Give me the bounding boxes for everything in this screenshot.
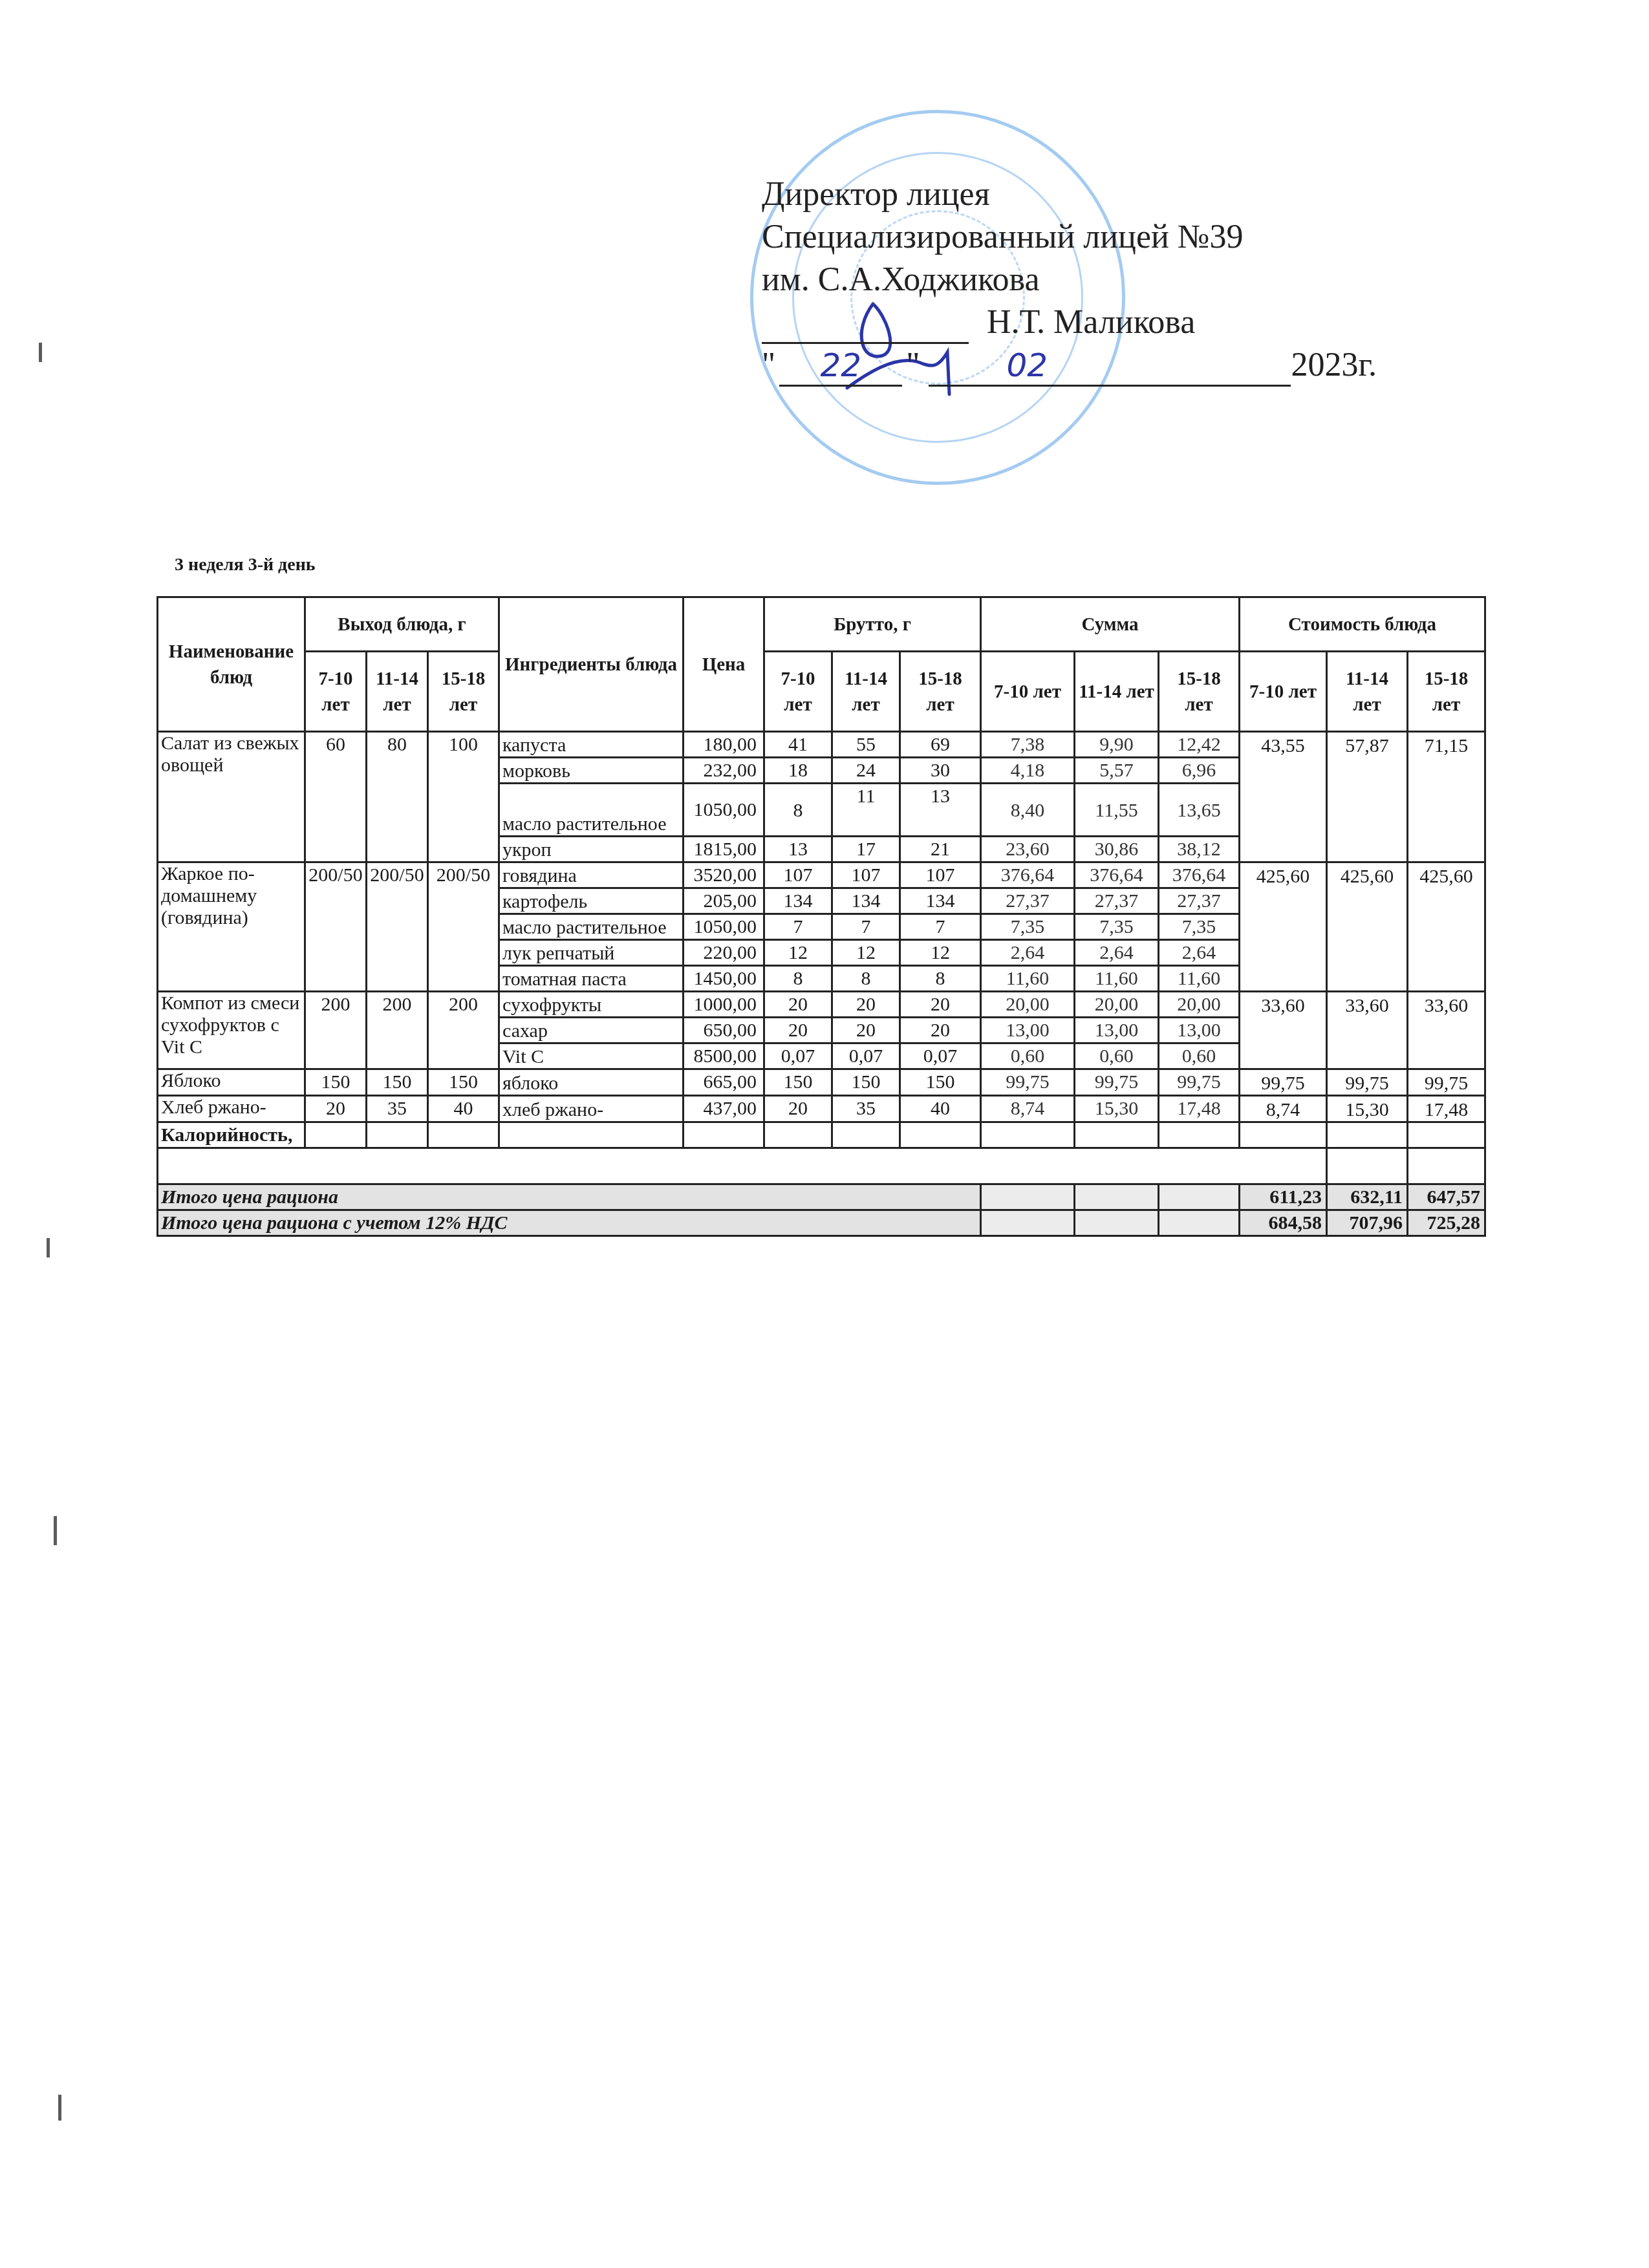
header-age-group: 15-18 лет [428, 652, 499, 732]
ingredient-sum: 8,40 [981, 784, 1075, 837]
header-age-group: 11-14 лет [367, 652, 428, 732]
ingredient-gross: 7 [900, 914, 981, 940]
ingredient-name: картофель [499, 888, 684, 914]
ingredient-gross: 55 [832, 732, 900, 758]
date-day: 22 [779, 346, 902, 387]
menu-table: Наименование блюд Выход блюда, г Ингреди… [156, 596, 1486, 1237]
ingredient-sum: 38,12 [1159, 837, 1240, 862]
ingredient-name: морковь [499, 758, 684, 784]
calories-label: Калорийность, [158, 1122, 305, 1148]
ingredient-gross: 21 [900, 837, 981, 862]
dish-yield: 100 [428, 732, 499, 862]
ingredient-name: говядина [499, 862, 684, 888]
dish-yield: 150 [367, 1069, 428, 1096]
ingredient-price: 220,00 [684, 940, 764, 966]
dish-yield: 150 [305, 1069, 367, 1096]
ingredient-sum: 12,42 [1159, 732, 1240, 758]
ingredient-sum: 2,64 [1075, 940, 1159, 966]
approval-date: " 22 " 02 2023г. [762, 344, 1396, 387]
ingredient-gross: 13 [900, 784, 981, 837]
ingredient-gross: 8 [764, 966, 832, 992]
ingredient-row: Хлеб ржано-203540хлеб ржано-437,00203540… [158, 1096, 1485, 1122]
header-yield: Выход блюда, г [305, 597, 499, 652]
header-age-group: 15-18 лет [1159, 652, 1240, 732]
header-age-group: 15-18 лет [900, 652, 981, 732]
ingredient-sum: 2,64 [981, 940, 1075, 966]
header-age-group: 7-10 лет [305, 652, 367, 732]
header-dish-cost: Стоимость блюда [1240, 597, 1485, 652]
dish-yield: 60 [305, 732, 367, 862]
dish-yield: 35 [367, 1096, 428, 1122]
menu-body: Салат из свежых овощей6080100капуста180,… [158, 732, 1485, 1122]
dish-cost: 71,15 [1408, 732, 1485, 862]
total-label: Итого цена рациона [158, 1184, 981, 1210]
spacer-row [158, 1148, 1485, 1184]
ingredient-price: 3520,00 [684, 862, 764, 888]
ingredient-sum: 8,74 [981, 1096, 1075, 1122]
ingredient-sum: 5,57 [1075, 758, 1159, 784]
ingredient-gross: 40 [900, 1096, 981, 1122]
ingredient-gross: 8 [900, 966, 981, 992]
total-row: Итого цена рациона 611,23 632,11 647,57 [158, 1184, 1485, 1210]
ingredient-name: укроп [499, 837, 684, 862]
ingredient-sum: 376,64 [1075, 862, 1159, 888]
ingredient-gross: 11 [832, 784, 900, 837]
ingredient-price: 180,00 [684, 732, 764, 758]
header-age-group: 7-10 лет [1240, 652, 1327, 732]
ingredient-gross: 107 [764, 862, 832, 888]
ingredient-gross: 35 [832, 1096, 900, 1122]
dish-yield: 40 [428, 1096, 499, 1122]
ingredient-gross: 20 [764, 1018, 832, 1043]
ingredient-sum: 7,38 [981, 732, 1075, 758]
ingredient-price: 205,00 [684, 888, 764, 914]
ingredient-name: Vit C [499, 1043, 684, 1069]
dish-cost: 33,60 [1240, 992, 1327, 1069]
ingredient-sum: 27,37 [1075, 888, 1159, 914]
dish-cost: 99,75 [1240, 1069, 1327, 1096]
dish-yield: 150 [428, 1069, 499, 1096]
ingredient-gross: 7 [832, 914, 900, 940]
signatory-name: Н.Т. Маликова [987, 304, 1195, 341]
ingredient-sum: 23,60 [981, 837, 1075, 862]
ingredient-sum: 99,75 [981, 1069, 1075, 1096]
scan-artifact [58, 2095, 61, 2121]
ingredient-sum: 13,65 [1159, 784, 1240, 837]
ingredient-gross: 17 [832, 837, 900, 862]
ingredient-price: 1450,00 [684, 966, 764, 992]
ingredient-price: 650,00 [684, 1018, 764, 1043]
header-age-group: 7-10 лет [764, 652, 832, 732]
ingredient-sum: 0,60 [1159, 1043, 1240, 1069]
approval-title: Директор лицея [762, 173, 1396, 216]
ingredient-sum: 99,75 [1075, 1069, 1159, 1096]
dish-name: Жаркое по-домашнему (говядина) [158, 862, 305, 992]
ingredient-gross: 107 [900, 862, 981, 888]
approval-block: Директор лицея Специализированный лицей … [762, 173, 1396, 387]
ingredient-name: томатная паста [499, 966, 684, 992]
dish-yield: 200/50 [305, 862, 367, 992]
scan-artifact [47, 1238, 50, 1257]
dish-yield: 20 [305, 1096, 367, 1122]
header-age-group: 11-14 лет [1075, 652, 1159, 732]
scan-artifact [39, 343, 42, 362]
ingredient-gross: 7 [764, 914, 832, 940]
ingredient-gross: 134 [764, 888, 832, 914]
approval-institution: Специализированный лицей №39 [762, 216, 1396, 259]
ingredient-gross: 0,07 [764, 1043, 832, 1069]
header-sum: Сумма [981, 597, 1240, 652]
header-ingredients: Ингредиенты блюда [499, 597, 684, 732]
date-month: 02 [929, 346, 1291, 387]
dish-yield: 80 [367, 732, 428, 862]
ingredient-gross: 30 [900, 758, 981, 784]
ingredient-name: лук репчатый [499, 940, 684, 966]
scan-artifact [54, 1516, 57, 1545]
ingredient-gross: 20 [832, 992, 900, 1018]
ingredient-name: масло растительное [499, 784, 684, 837]
dish-yield: 200 [305, 992, 367, 1069]
ingredient-name: сухофрукты [499, 992, 684, 1018]
ingredient-sum: 376,64 [1159, 862, 1240, 888]
total-vat-row: Итого цена рациона с учетом 12% НДС 684,… [158, 1210, 1485, 1236]
ingredient-price: 8500,00 [684, 1043, 764, 1069]
header-age-group: 7-10 лет [981, 652, 1075, 732]
dish-yield: 200 [367, 992, 428, 1069]
dish-cost: 99,75 [1408, 1069, 1485, 1096]
ingredient-row: Компот из смеси сухофруктов с Vit C20020… [158, 992, 1485, 1018]
ingredient-sum: 11,60 [1075, 966, 1159, 992]
ingredient-sum: 17,48 [1159, 1096, 1240, 1122]
menu-title: 3 неделя 3-й день [175, 555, 316, 575]
dish-yield: 200/50 [428, 862, 499, 992]
total-value: 647,57 [1408, 1184, 1485, 1210]
ingredient-sum: 11,60 [981, 966, 1075, 992]
ingredient-sum: 9,90 [1075, 732, 1159, 758]
dish-cost: 8,74 [1240, 1096, 1327, 1122]
ingredient-sum: 13,00 [1075, 1018, 1159, 1043]
ingredient-price: 1050,00 [684, 784, 764, 837]
ingredient-gross: 12 [900, 940, 981, 966]
ingredient-sum: 11,60 [1159, 966, 1240, 992]
ingredient-sum: 0,60 [981, 1043, 1075, 1069]
signature-line [762, 312, 969, 344]
ingredient-sum: 6,96 [1159, 758, 1240, 784]
dish-cost: 17,48 [1408, 1096, 1485, 1122]
ingredient-gross: 134 [832, 888, 900, 914]
header-age-group: 15-18 лет [1408, 652, 1485, 732]
ingredient-gross: 69 [900, 732, 981, 758]
ingredient-name: яблоко [499, 1069, 684, 1096]
ingredient-gross: 12 [764, 940, 832, 966]
ingredient-price: 1815,00 [684, 837, 764, 862]
dish-cost: 425,60 [1327, 862, 1408, 992]
calories-row: Калорийность, [158, 1122, 1485, 1148]
ingredient-sum: 7,35 [981, 914, 1075, 940]
dish-cost: 425,60 [1408, 862, 1485, 992]
ingredient-gross: 150 [764, 1069, 832, 1096]
header-age-group: 11-14 лет [832, 652, 900, 732]
header-dish-name: Наименование блюд [158, 597, 305, 732]
total-value: 632,11 [1327, 1184, 1408, 1210]
ingredient-gross: 134 [900, 888, 981, 914]
header-price: Цена [684, 597, 764, 732]
dish-cost: 425,60 [1240, 862, 1327, 992]
ingredient-sum: 4,18 [981, 758, 1075, 784]
ingredient-gross: 20 [764, 992, 832, 1018]
dish-name: Компот из смеси сухофруктов с Vit C [158, 992, 305, 1069]
total-value: 611,23 [1240, 1184, 1327, 1210]
menu-footer: Калорийность, Итого цена рациона 611,23 … [158, 1122, 1485, 1236]
ingredient-row: Салат из свежых овощей6080100капуста180,… [158, 732, 1485, 758]
ingredient-gross: 8 [764, 784, 832, 837]
date-close-quote: " [906, 344, 920, 387]
ingredient-gross: 13 [764, 837, 832, 862]
dish-name: Салат из свежых овощей [158, 732, 305, 862]
ingredient-gross: 18 [764, 758, 832, 784]
ingredient-sum: 7,35 [1075, 914, 1159, 940]
ingredient-gross: 20 [832, 1018, 900, 1043]
ingredient-sum: 30,86 [1075, 837, 1159, 862]
ingredient-sum: 13,00 [1159, 1018, 1240, 1043]
ingredient-name: капуста [499, 732, 684, 758]
ingredient-gross: 41 [764, 732, 832, 758]
ingredient-price: 437,00 [684, 1096, 764, 1122]
ingredient-name: сахар [499, 1018, 684, 1043]
total-vat-label: Итого цена рациона с учетом 12% НДС [158, 1210, 981, 1236]
total-vat-value: 707,96 [1327, 1210, 1408, 1236]
ingredient-gross: 150 [832, 1069, 900, 1096]
date-open-quote: " [762, 344, 775, 387]
ingredient-gross: 20 [900, 1018, 981, 1043]
ingredient-gross: 0,07 [832, 1043, 900, 1069]
ingredient-gross: 8 [832, 966, 900, 992]
ingredient-sum: 27,37 [1159, 888, 1240, 914]
dish-yield: 200/50 [367, 862, 428, 992]
dish-cost: 33,60 [1408, 992, 1485, 1069]
dish-yield: 200 [428, 992, 499, 1069]
dish-name: Яблоко [158, 1069, 305, 1096]
ingredient-sum: 15,30 [1075, 1096, 1159, 1122]
date-year: 2023г. [1291, 344, 1376, 387]
ingredient-sum: 13,00 [981, 1018, 1075, 1043]
dish-cost: 15,30 [1327, 1096, 1408, 1122]
ingredient-sum: 2,64 [1159, 940, 1240, 966]
header-age-group: 11-14 лет [1327, 652, 1408, 732]
ingredient-sum: 11,55 [1075, 784, 1159, 837]
ingredient-name: хлеб ржано- [499, 1096, 684, 1122]
ingredient-price: 665,00 [684, 1069, 764, 1096]
ingredient-gross: 107 [832, 862, 900, 888]
ingredient-gross: 20 [900, 992, 981, 1018]
dish-cost: 57,87 [1327, 732, 1408, 862]
ingredient-gross: 20 [764, 1096, 832, 1122]
total-vat-value: 725,28 [1408, 1210, 1485, 1236]
ingredient-gross: 0,07 [900, 1043, 981, 1069]
header-gross: Брутто, г [764, 597, 981, 652]
ingredient-name: масло растительное [499, 914, 684, 940]
ingredient-price: 232,00 [684, 758, 764, 784]
ingredient-price: 1050,00 [684, 914, 764, 940]
ingredient-sum: 7,35 [1159, 914, 1240, 940]
ingredient-gross: 12 [832, 940, 900, 966]
ingredient-sum: 27,37 [981, 888, 1075, 914]
dish-name: Хлеб ржано- [158, 1096, 305, 1122]
ingredient-row: Жаркое по-домашнему (говядина)200/50200/… [158, 862, 1485, 888]
ingredient-row: Яблоко150150150яблоко665,0015015015099,7… [158, 1069, 1485, 1096]
ingredient-sum: 376,64 [981, 862, 1075, 888]
approval-named-after: им. С.А.Ходжикова [762, 259, 1396, 301]
total-vat-value: 684,58 [1240, 1210, 1327, 1236]
ingredient-gross: 24 [832, 758, 900, 784]
dish-cost: 33,60 [1327, 992, 1408, 1069]
ingredient-sum: 20,00 [1159, 992, 1240, 1018]
dish-cost: 99,75 [1327, 1069, 1408, 1096]
ingredient-price: 1000,00 [684, 992, 764, 1018]
dish-cost: 43,55 [1240, 732, 1327, 862]
approval-signatory-row: Н.Т. Маликова [762, 301, 1396, 344]
ingredient-sum: 20,00 [1075, 992, 1159, 1018]
ingredient-gross: 150 [900, 1069, 981, 1096]
ingredient-sum: 20,00 [981, 992, 1075, 1018]
ingredient-sum: 0,60 [1075, 1043, 1159, 1069]
ingredient-sum: 99,75 [1159, 1069, 1240, 1096]
